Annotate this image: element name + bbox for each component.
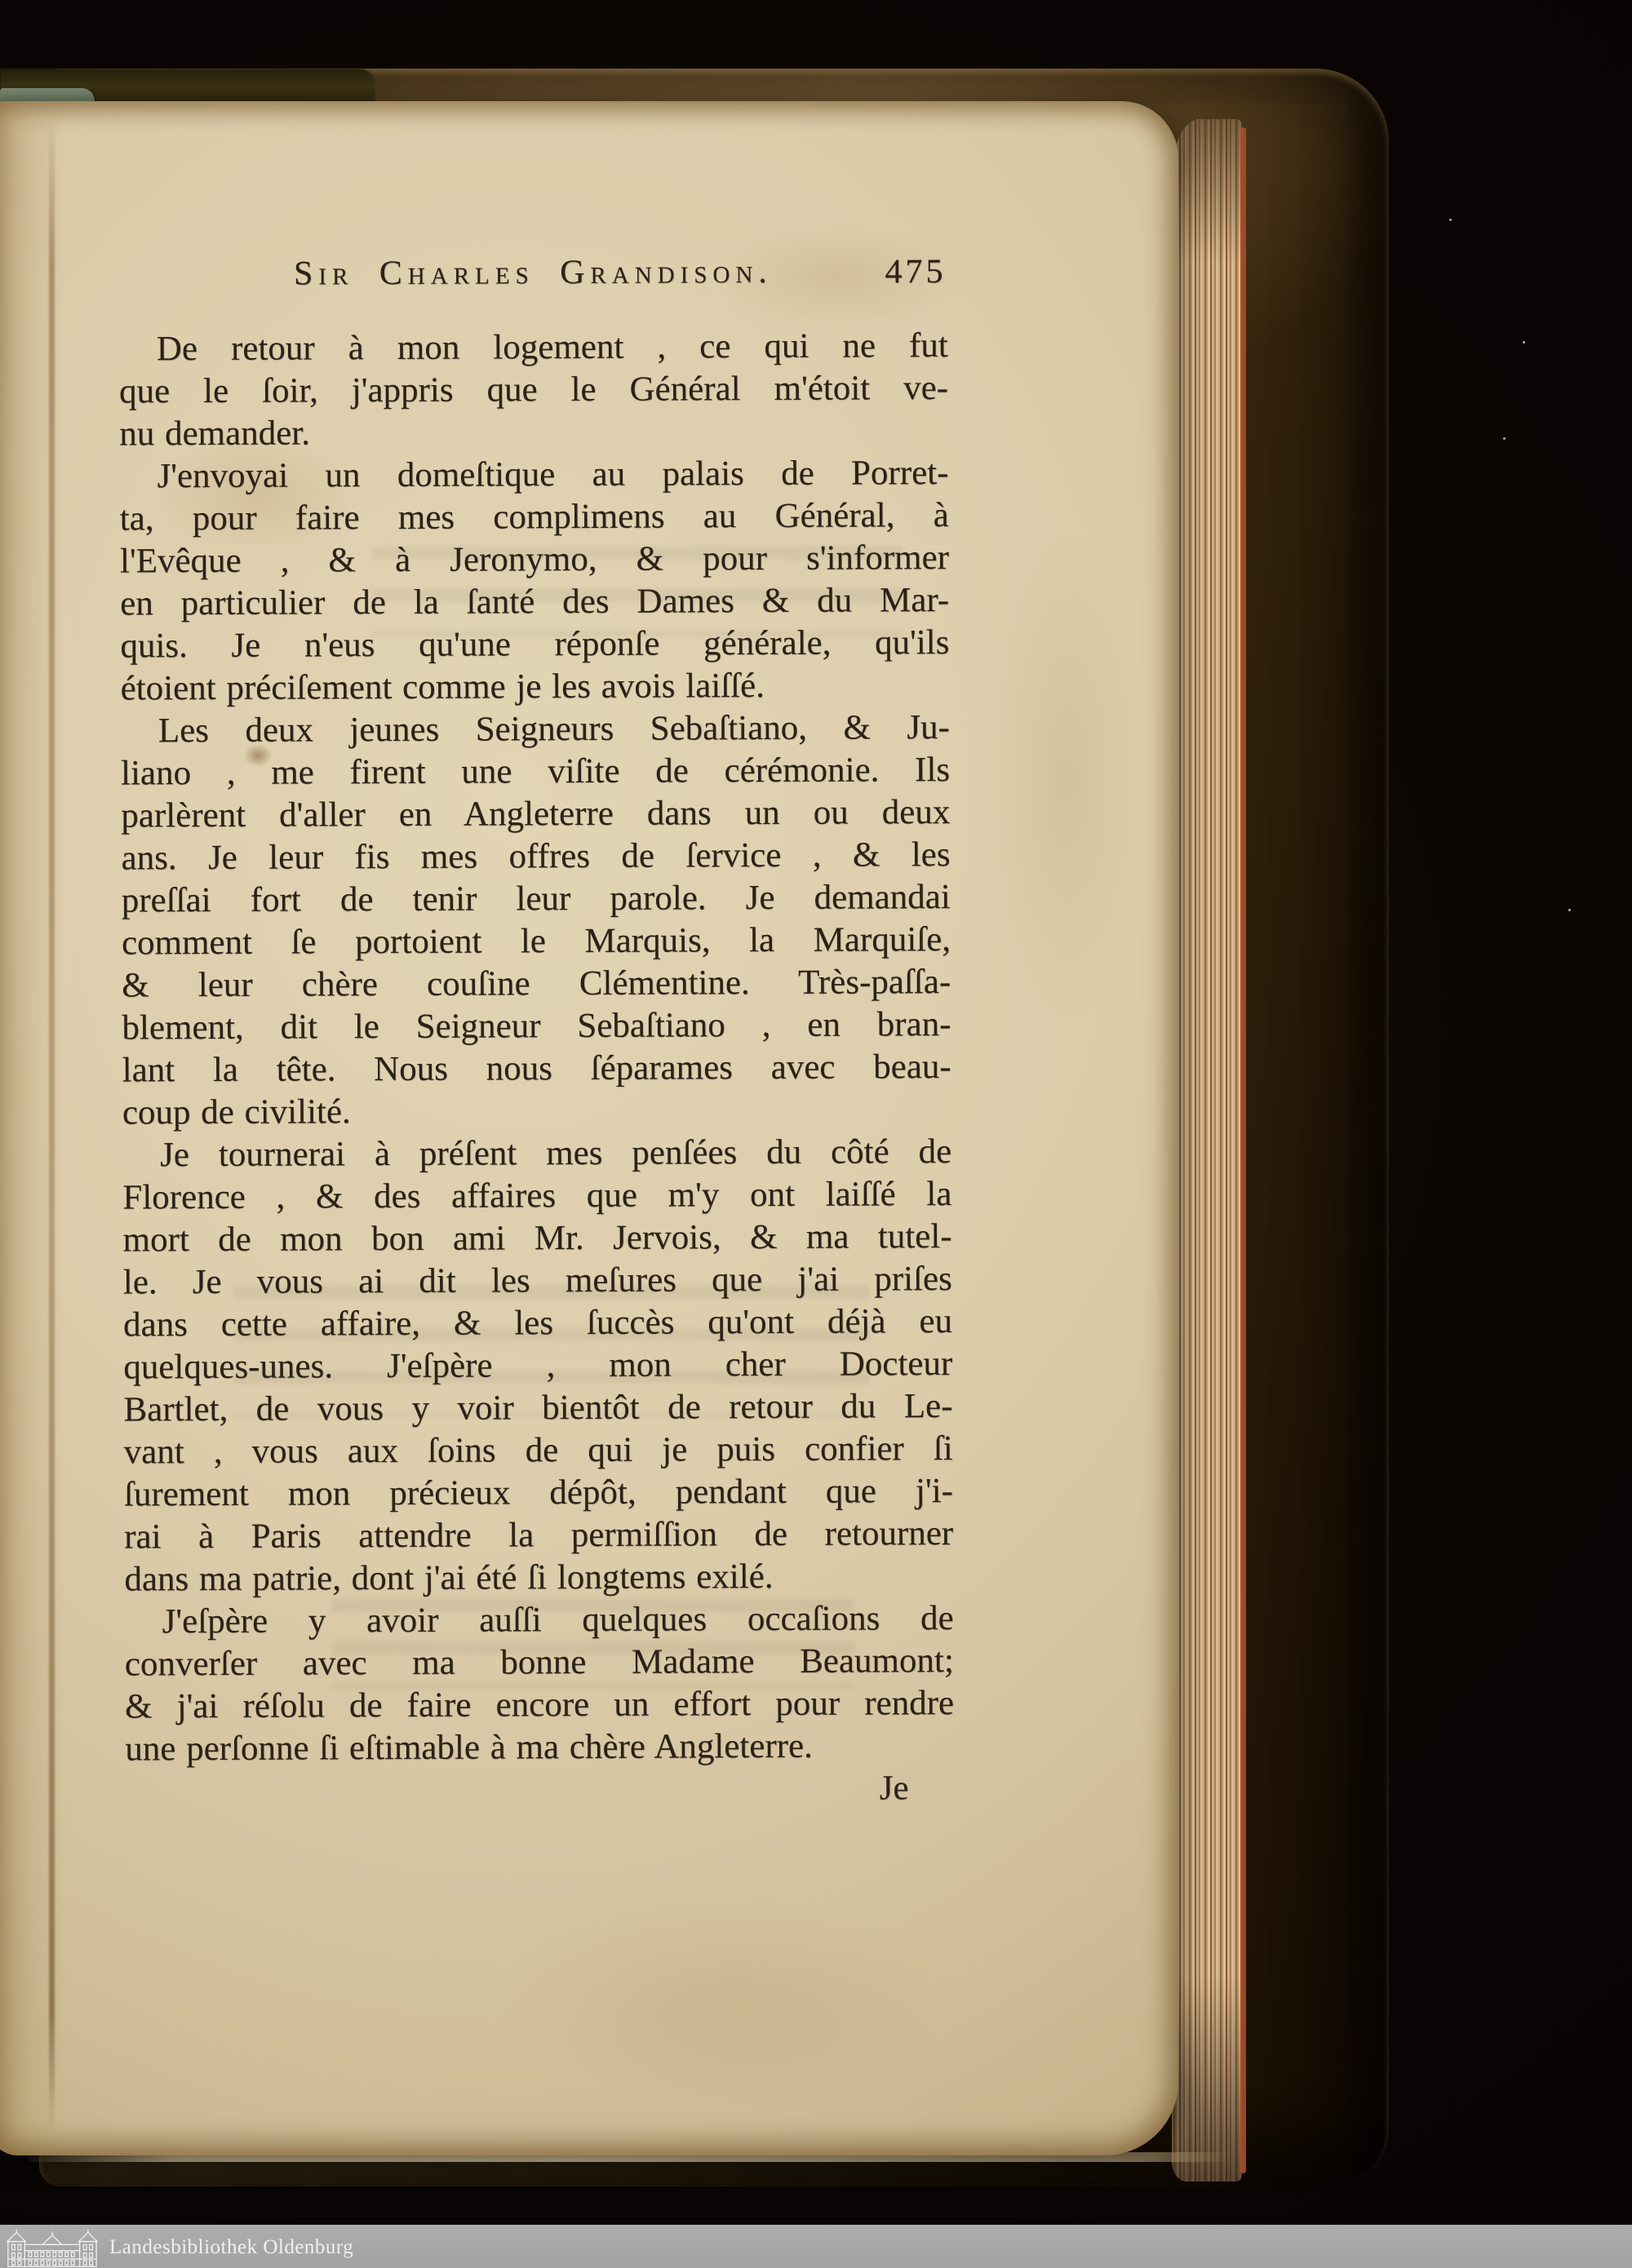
book-page: Sir Charles Grandison. 475 De retour à m…	[0, 101, 1178, 2155]
body-line: coup de civilité.	[122, 1088, 951, 1134]
body-line: nu demander.	[119, 410, 948, 455]
body-line: une perſonne ſi eſtimable à ma chère Ang…	[125, 1725, 954, 1770]
library-building-logo	[7, 2228, 98, 2267]
body-line: en particulier de la ſanté des Dames & d…	[120, 579, 949, 625]
catchword: Je	[880, 1769, 909, 1807]
library-watermark-banner: Landesbibliothek Oldenburg	[0, 2225, 1632, 2268]
page-number: 475	[885, 252, 946, 291]
body-line: De retour à mon logement , ce qui ne fut	[119, 325, 948, 370]
page-title: Sir Charles Grandison.	[118, 251, 947, 294]
body-line: l'Evêque , & à Jeronymo, & pour s'inform…	[120, 537, 949, 583]
body-line: dans cette affaire, & les ſuccès qu'ont …	[123, 1300, 952, 1346]
body-line: mort de mon bon ami Mr. Jervois, & ma tu…	[122, 1216, 951, 1261]
body-line: & leur chère couſine Clémentine. Très-pa…	[122, 961, 951, 1007]
catchword-row: Je	[125, 1767, 954, 1813]
body-line: lant la tête. Nous nous ſéparames avec b…	[122, 1046, 951, 1092]
body-line: comment ſe portoient le Marquis, la Marq…	[122, 919, 951, 964]
page-fore-edge-stack	[1172, 119, 1242, 2182]
body-line: quis. Je n'eus qu'une réponſe générale, …	[120, 622, 949, 667]
body-line: ans. Je leur fis mes offres de ſervice ,…	[121, 834, 950, 879]
body-line: ta, pour faire mes complimens au Général…	[120, 494, 949, 540]
body-line: que le ſoir, j'appris que le Général m'é…	[119, 367, 948, 413]
body-line: converſer avec ma bonne Madame Beaumont;	[125, 1640, 954, 1685]
dust-speck	[1449, 219, 1452, 221]
body-text: De retour à mon logement , ce qui ne fut…	[119, 325, 955, 1770]
body-line: quelques-unes. J'eſpère , mon cher Docte…	[123, 1343, 952, 1389]
body-line: Florence , & des affaires que m'y ont la…	[122, 1173, 951, 1219]
running-header: Sir Charles Grandison. 475	[118, 251, 947, 302]
body-line: J'eſpère y avoir auſſi quelques occaſion…	[125, 1597, 954, 1643]
body-line: & j'ai réſolu de faire encore un effort …	[125, 1682, 954, 1728]
body-line: Les deux jeunes Seigneurs Sebaſtiano, & …	[121, 707, 950, 752]
body-line: J'envoyai un domeſtique au palais de Por…	[119, 452, 948, 498]
library-name: Landesbibliothek Oldenburg	[109, 2225, 353, 2268]
body-line: Bartlet, de vous y voir bientôt de retou…	[123, 1385, 952, 1431]
body-line: étoient préciſement comme je les avois l…	[121, 664, 950, 710]
body-line: blement, dit le Seigneur Sebaſtiano , en…	[122, 1003, 951, 1049]
body-line: dans ma patrie, dont j'ai été ſi longtem…	[124, 1555, 953, 1601]
body-line: Je tournerai à préſent mes penſées du cô…	[122, 1131, 951, 1176]
printed-matter: Sir Charles Grandison. 475 De retour à m…	[0, 99, 1182, 2158]
body-line: parlèrent d'aller en Angleterre dans un …	[121, 791, 950, 837]
body-line: preſſai fort de tenir leur parole. Je de…	[122, 876, 951, 922]
body-line: vant , vous aux ſoins de qui je puis con…	[124, 1428, 953, 1473]
book-scan-photo: Sir Charles Grandison. 475 De retour à m…	[0, 0, 1632, 2268]
dust-speck	[1503, 437, 1506, 440]
body-line: liano , me firent une viſite de cérémoni…	[121, 749, 950, 795]
dust-speck	[1568, 909, 1571, 911]
body-line: ſurement mon précieux dépôt, pendant que…	[124, 1470, 953, 1516]
body-line: le. Je vous ai dit les meſures que j'ai …	[123, 1258, 952, 1304]
body-line: rai à Paris attendre la permiſſion de re…	[124, 1513, 953, 1558]
dust-speck	[1523, 341, 1525, 343]
